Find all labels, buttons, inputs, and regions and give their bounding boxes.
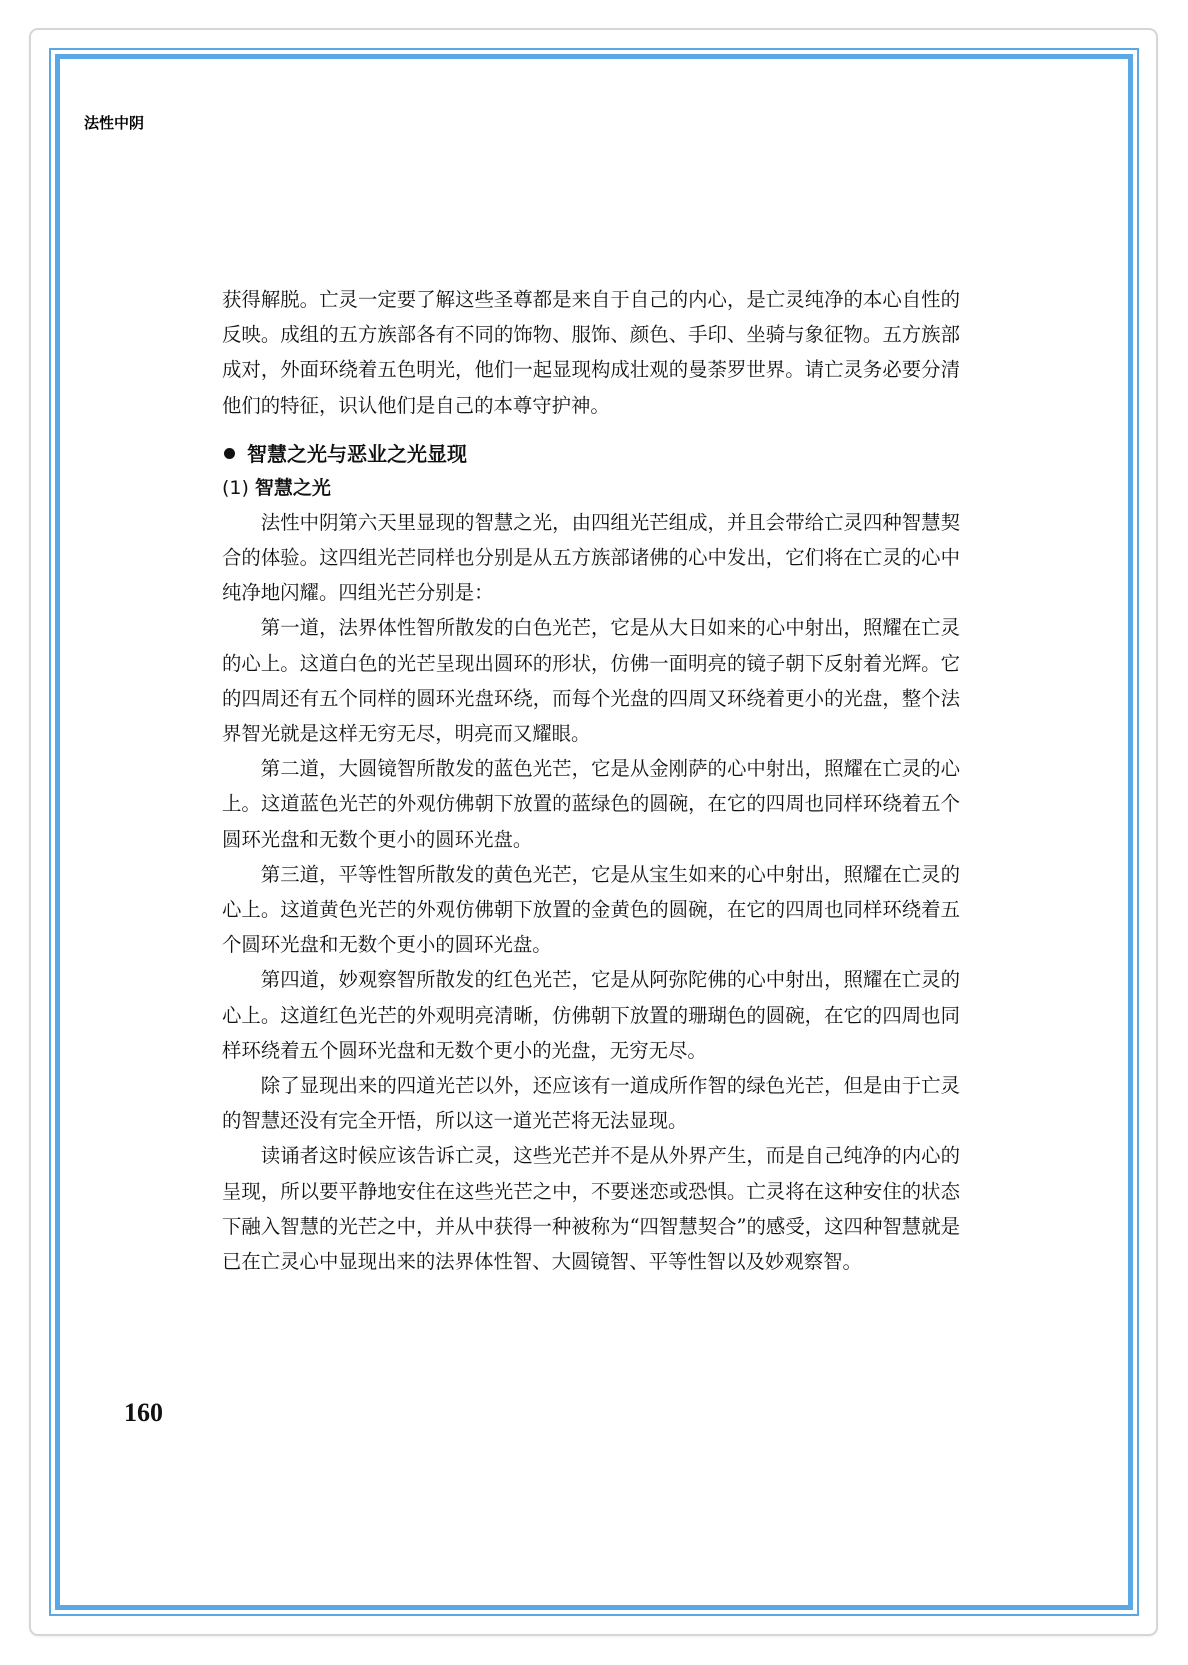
intro-paragraph: 获得解脱。亡灵一定要了解这些圣尊都是来自于自己的内心，是亡灵纯净的本心自性的反映…	[222, 282, 960, 423]
section-heading: 智慧之光与恶业之光显现	[222, 437, 960, 471]
subsection-number: (1)	[222, 477, 249, 499]
bullet-icon	[224, 448, 235, 459]
paragraph: 第二道，大圆镜智所散发的蓝色光芒，它是从金刚萨的心中射出，照耀在亡灵的心上。这道…	[222, 751, 960, 857]
paragraph: 读诵者这时候应该告诉亡灵，这些光芒并不是从外界产生，而是自己纯净的内心的呈现，所…	[222, 1138, 960, 1279]
section-heading-text: 智慧之光与恶业之光显现	[247, 437, 467, 471]
running-head: 法性中阴	[84, 112, 144, 133]
page-content: 获得解脱。亡灵一定要了解这些圣尊都是来自于自己的内心，是亡灵纯净的本心自性的反映…	[222, 282, 960, 1279]
paragraph: 除了显现出来的四道光芒以外，还应该有一道成所作智的绿色光芒，但是由于亡灵的智慧还…	[222, 1068, 960, 1138]
paragraph: 第四道，妙观察智所散发的红色光芒，它是从阿弥陀佛的心中射出，照耀在亡灵的心上。这…	[222, 962, 960, 1068]
subsection-heading: (1)智慧之光	[222, 471, 960, 505]
paragraph: 第一道，法界体性智所散发的白色光芒，它是从大日如来的心中射出，照耀在亡灵的心上。…	[222, 610, 960, 751]
page-number: 160	[124, 1398, 163, 1428]
subsection-title: 智慧之光	[255, 477, 331, 499]
paragraph: 第三道，平等性智所散发的黄色光芒，它是从宝生如来的心中射出，照耀在亡灵的心上。这…	[222, 857, 960, 963]
paragraph: 法性中阴第六天里显现的智慧之光，由四组光芒组成，并且会带给亡灵四种智慧契合的体验…	[222, 505, 960, 611]
